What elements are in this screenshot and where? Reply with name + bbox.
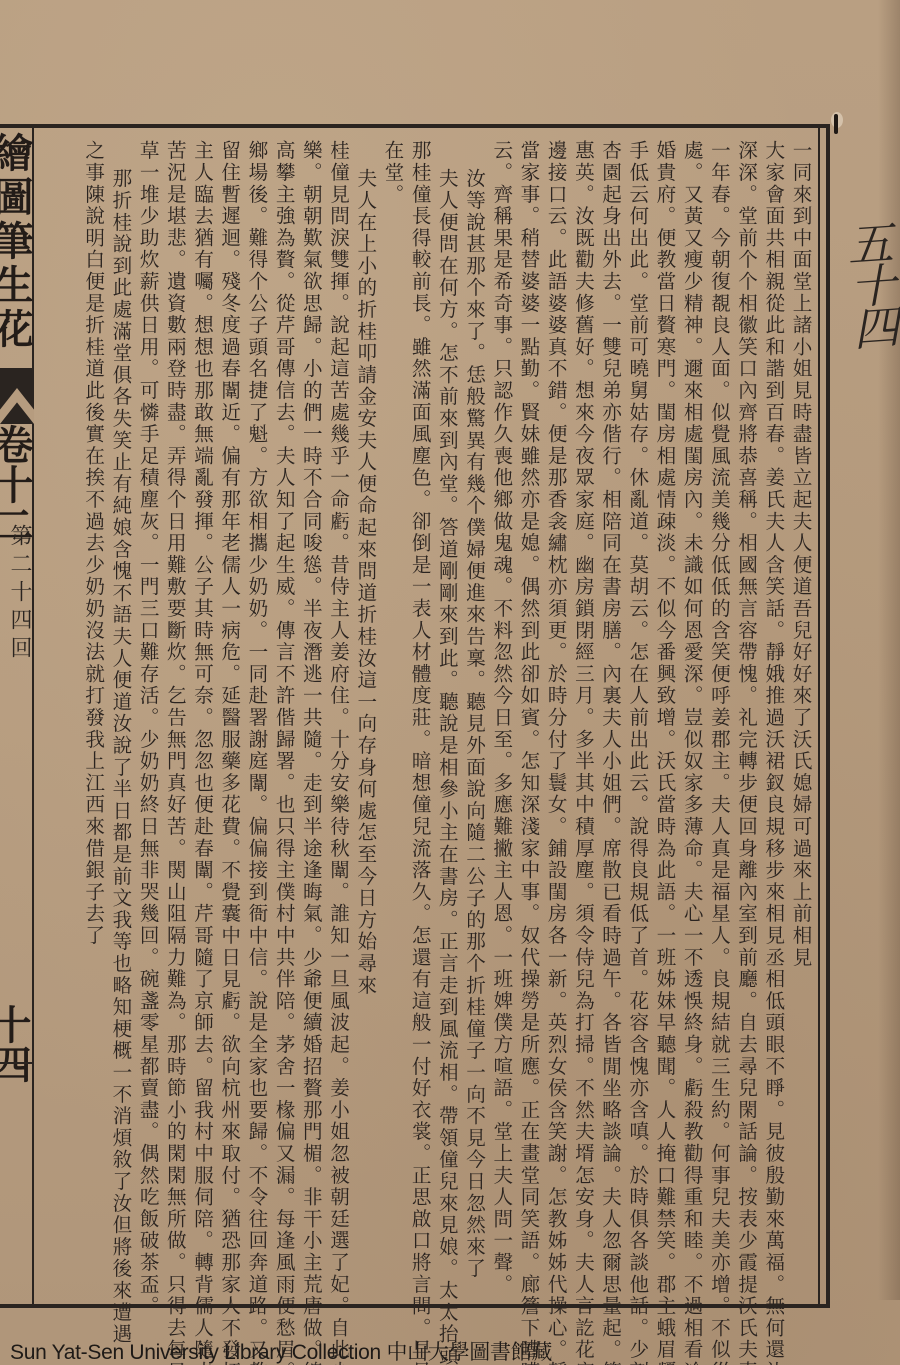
text-column: 夫人在上小的折桂叩請金安夫人便命起來問道折桂汝這一向存身何處怎至今日方始尋來 <box>352 140 379 1304</box>
text-column: 惠英。汝既勸夫修舊好。想來今夜眾家庭。幽房鎖閉經三月。多半其中積厚塵。須令侍兒為… <box>569 140 596 1304</box>
book-title: 繪圖筆生花 <box>0 132 34 352</box>
caption-chinese: 中山大學圖書館藏 <box>386 1341 552 1364</box>
page-number: 十四 <box>0 1004 32 1084</box>
frame-inner-rule <box>818 128 820 1304</box>
text-column: 當家事。稍替婆婆一點勤。賢妹雖然亦是媳。偶然到此卻如賓。怎知深淺家中事。奴代操勞… <box>515 140 542 1304</box>
vertical-text-body: 一同來到中面堂上諸小姐見時盡皆立起夫人便道吾兒好好來了沃氏媳婦可過來上前相見大家… <box>40 140 814 1304</box>
chapter-label: 第二十四回 <box>4 524 34 664</box>
text-column: 汝等說甚那个來了。恁般驚異有幾个僕婦便進來告稟。聽見外面說向隨二公子的那个折桂僮… <box>460 140 487 1304</box>
collection-caption: Sun Yat-Sen University Library Collectio… <box>10 1336 552 1362</box>
text-column: 樂。朝朝歎氣欲思歸。小的們一時不合同唆慫。半夜潛逃一共隨。走到半途逢晦氣。少爺便… <box>297 140 324 1304</box>
text-column: 鄉場後。難得个公子頭名捷了魁。方欲相攜少奶奶。一同赴署謝庭闈。偏偏接到衙中信。說… <box>243 140 270 1304</box>
page-number-rule <box>0 1062 34 1064</box>
text-column: 高攀主強為贅。從芹哥傳信去。夫人知了起生威。傳言不許偕歸署。也只得主僕村中共伴陪… <box>270 140 297 1304</box>
text-column: 一年春。今朝復覩良人面。似覺風流美幾分低低的含笑便呼姜郡主。夫人真是福星人。良規… <box>705 140 732 1304</box>
text-column: 處。又黃又瘦少精神。邇來相處閨房內。未識如何恩愛深。豈似奴家多薄命。夫心一不透悞… <box>678 140 705 1304</box>
text-column: 手低云何出此。堂前可曉舅姑存。休亂道。莫胡云。怎在人前出此云。說得良規低了首。花… <box>624 140 651 1304</box>
text-column: 主人臨去猶有囑。想想也那敢無端亂發揮。公子其時無可奈。忽忽也便赴春闈。芹哥隨了京… <box>188 140 215 1304</box>
text-column: 深深。堂前个个相徽笑口內齊將恭喜稱。相國無言容帶愧。礼完轉步便回身離內室到前廳。… <box>732 140 759 1304</box>
text-column: 杏園起身出外去。一雙兒弟亦偕行。相陪同在書房膳。內裏夫人小姐們。席散已看時過午。… <box>596 140 623 1304</box>
text-column: 桂僮見問淚雙揮。說起這苦處幾乎一命虧。昔侍主人姜府住。十分安樂待秋闈。誰知一旦風… <box>324 140 351 1304</box>
text-column: 之事陳說明白便是折桂道此後實在挨不過去少奶奶沒法就打發我上江西來借銀子去了 <box>80 140 107 1304</box>
text-column: 在堂。 <box>379 140 406 1304</box>
text-column: 草一堆少助炊薪供日用。可憐手足積塵灰。一門三口難存活。少奶奶終日無非哭幾回。碗盞… <box>134 140 161 1304</box>
handwritten-page-note: 五十四 <box>838 218 900 348</box>
text-column: 邊接口云。此語婆婆真不錯。便是那香衾繡枕亦須更。於時分付了鬟女。鋪設閨房各一新。… <box>542 140 569 1304</box>
text-column: 婚貴府。便教當日贅寒門。閨房相處情疎淡。不似今番興致增。沃氏當時為此語。一班姊妹… <box>651 140 678 1304</box>
caption-english: Sun Yat-Sen University Library Collectio… <box>10 1341 381 1364</box>
text-column: 云。齊稱果是希奇事。只認作久喪他鄉做鬼魂。不料忽然今日至。多應難撇主人恩。一班婢… <box>488 140 515 1304</box>
text-column: 大家會面共相親從此和諧到百春。姜氏夫人含笑話。靜娥推過沃裙釵良規移步來相見丞相低… <box>760 140 787 1304</box>
text-column: 那折桂說到此處滿堂俱各失笑止有純娘含愧不語夫人便道汝說了半日都是前文我等也略知梗… <box>107 140 134 1304</box>
text-column: 留住暫遲迴。殘冬度過春闈近。偏有那年老儒人一病危。延醫服藥多花費。不覺囊中日見虧… <box>216 140 243 1304</box>
text-column: 夫人便問在何方。怎不前來到內堂。答道剛剛來到此。聽說是相參小主在書房。正言走到風… <box>433 140 460 1304</box>
page-edge-shadow <box>878 0 900 1300</box>
text-column: 一同來到中面堂上諸小姐見時盡皆立起夫人便道吾兒好好來了沃氏媳婦可過來上前相見 <box>787 140 814 1304</box>
text-column: 苦況是堪悲。遺資數兩登時盡。弄得个日用難敷要斷炊。乞告無門真好苦。関山阻隔力難為… <box>161 140 188 1304</box>
text-column: 那桂僮長得較前長。雖然滿面風塵色。卻倒是一表人材體度莊。暗想僮兒流落久。怎還有這… <box>406 140 433 1304</box>
